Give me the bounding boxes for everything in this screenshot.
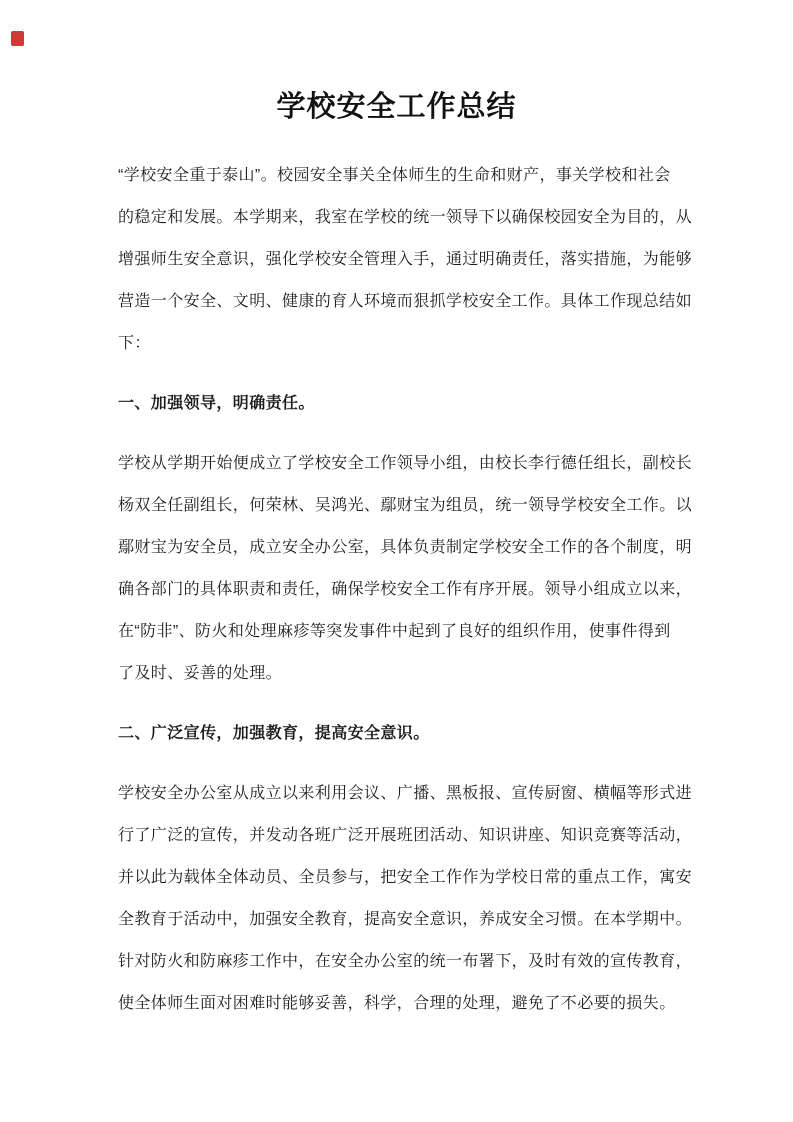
paragraph-intro: “学校安全重于泰山”。校园安全事关全体师生的生命和财产，事关学校和社会 的稳定和… [118,155,675,365]
text-line: “学校安全重于泰山”。校园安全事关全体师生的生命和财产，事关学校和社会 [118,155,675,197]
text-line: 全教育于活动中，加强安全教育，提高安全意识，养成安全习惯。在本学期中。 [118,899,675,941]
document-page: 学校安全工作总结 “学校安全重于泰山”。校园安全事关全体师生的生命和财产，事关学… [0,0,793,1122]
red-corner-icon [11,31,24,46]
text-line: 针对防火和防麻疹工作中，在安全办公室的统一布署下，及时有效的宣传教育， [118,941,675,983]
text-line: 在“防非”、防火和处理麻疹等突发事件中起到了良好的组织作用，使事件得到 [118,611,675,653]
text-line: 并以此为载体全体动员、全员参与，把安全工作作为学校日常的重点工作，寓安 [118,857,675,899]
text-line: 增强师生安全意识，强化学校安全管理入手，通过明确责任，落实措施，为能够 [118,239,675,281]
section-heading-2: 二、广泛宣传，加强教育，提高安全意识。 [118,713,675,755]
heading-text: 二、广泛宣传，加强教育，提高安全意识。 [118,713,675,755]
text-line: 行了广泛的宣传，并发动各班广泛开展班团活动、知识讲座、知识竞赛等活动， [118,815,675,857]
text-line: 使全体师生面对困难时能够妥善，科学，合理的处理，避免了不必要的损失。 [118,983,675,1025]
text-line: 鄢财宝为安全员，成立安全办公室，具体负责制定学校安全工作的各个制度，明 [118,527,675,569]
paragraph-section-1: 学校从学期开始便成立了学校安全工作领导小组，由校长李行德任组长，副校长 杨双全任… [118,443,675,695]
text-line: 下： [118,323,675,365]
text-line: 杨双全任副组长，何荣林、吴鸿光、鄢财宝为组员，统一领导学校安全工作。以 [118,485,675,527]
heading-text: 一、加强领导，明确责任。 [118,383,675,425]
text-line: 学校安全办公室从成立以来利用会议、广播、黑板报、宣传厨窗、横幅等形式进 [118,773,675,815]
text-line: 了及时、妥善的处理。 [118,653,675,695]
text-line: 学校从学期开始便成立了学校安全工作领导小组，由校长李行德任组长，副校长 [118,443,675,485]
section-heading-1: 一、加强领导，明确责任。 [118,383,675,425]
page-title: 学校安全工作总结 [118,87,675,127]
paragraph-section-2: 学校安全办公室从成立以来利用会议、广播、黑板报、宣传厨窗、横幅等形式进 行了广泛… [118,773,675,1025]
text-line: 营造一个安全、文明、健康的育人环境而狠抓学校安全工作。具体工作现总结如 [118,281,675,323]
text-line: 确各部门的具体职责和责任，确保学校安全工作有序开展。领导小组成立以来， [118,569,675,611]
document-content: 学校安全工作总结 “学校安全重于泰山”。校园安全事关全体师生的生命和财产，事关学… [0,0,793,1025]
text-line: 的稳定和发展。本学期来，我室在学校的统一领导下以确保校园安全为目的，从 [118,197,675,239]
